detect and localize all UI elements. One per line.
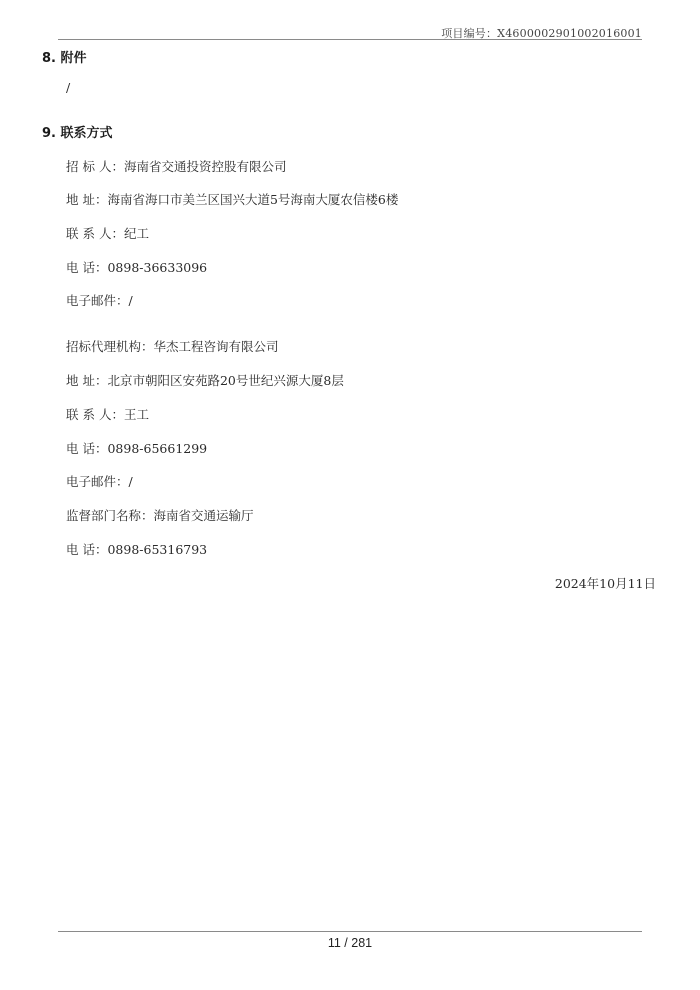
agency-email: 电子邮件：/ <box>66 472 133 490</box>
agency-name: 招标代理机构：华杰工程咨询有限公司 <box>66 337 279 355</box>
tenderer-contact: 联 系 人：纪工 <box>66 224 149 242</box>
footer-divider <box>58 931 642 932</box>
page-number: 11 / 281 <box>0 936 700 950</box>
header-divider <box>58 39 642 40</box>
tenderer-email: 电子邮件：/ <box>66 291 133 309</box>
agency-contact: 联 系 人：王工 <box>66 405 149 423</box>
section-title-contact: 9. 联系方式 <box>42 122 113 141</box>
document-date: 2024年10月11日 <box>555 574 656 592</box>
tenderer-phone: 电 话：0898-36633096 <box>66 258 207 276</box>
section-title-attachments: 8. 附件 <box>42 47 87 66</box>
agency-address: 地 址：北京市朝阳区安苑路20号世纪兴源大厦8层 <box>66 371 344 389</box>
tenderer-address: 地 址：海南省海口市美兰区国兴大道5号海南大厦农信楼6楼 <box>66 190 398 208</box>
supervisor-name: 监督部门名称：海南省交通运输厅 <box>66 506 254 524</box>
tenderer-name: 招 标 人：海南省交通投资控股有限公司 <box>66 157 286 175</box>
supervisor-phone: 电 话：0898-65316793 <box>66 540 207 558</box>
agency-phone: 电 话：0898-65661299 <box>66 439 207 457</box>
attachments-value: / <box>66 80 70 95</box>
